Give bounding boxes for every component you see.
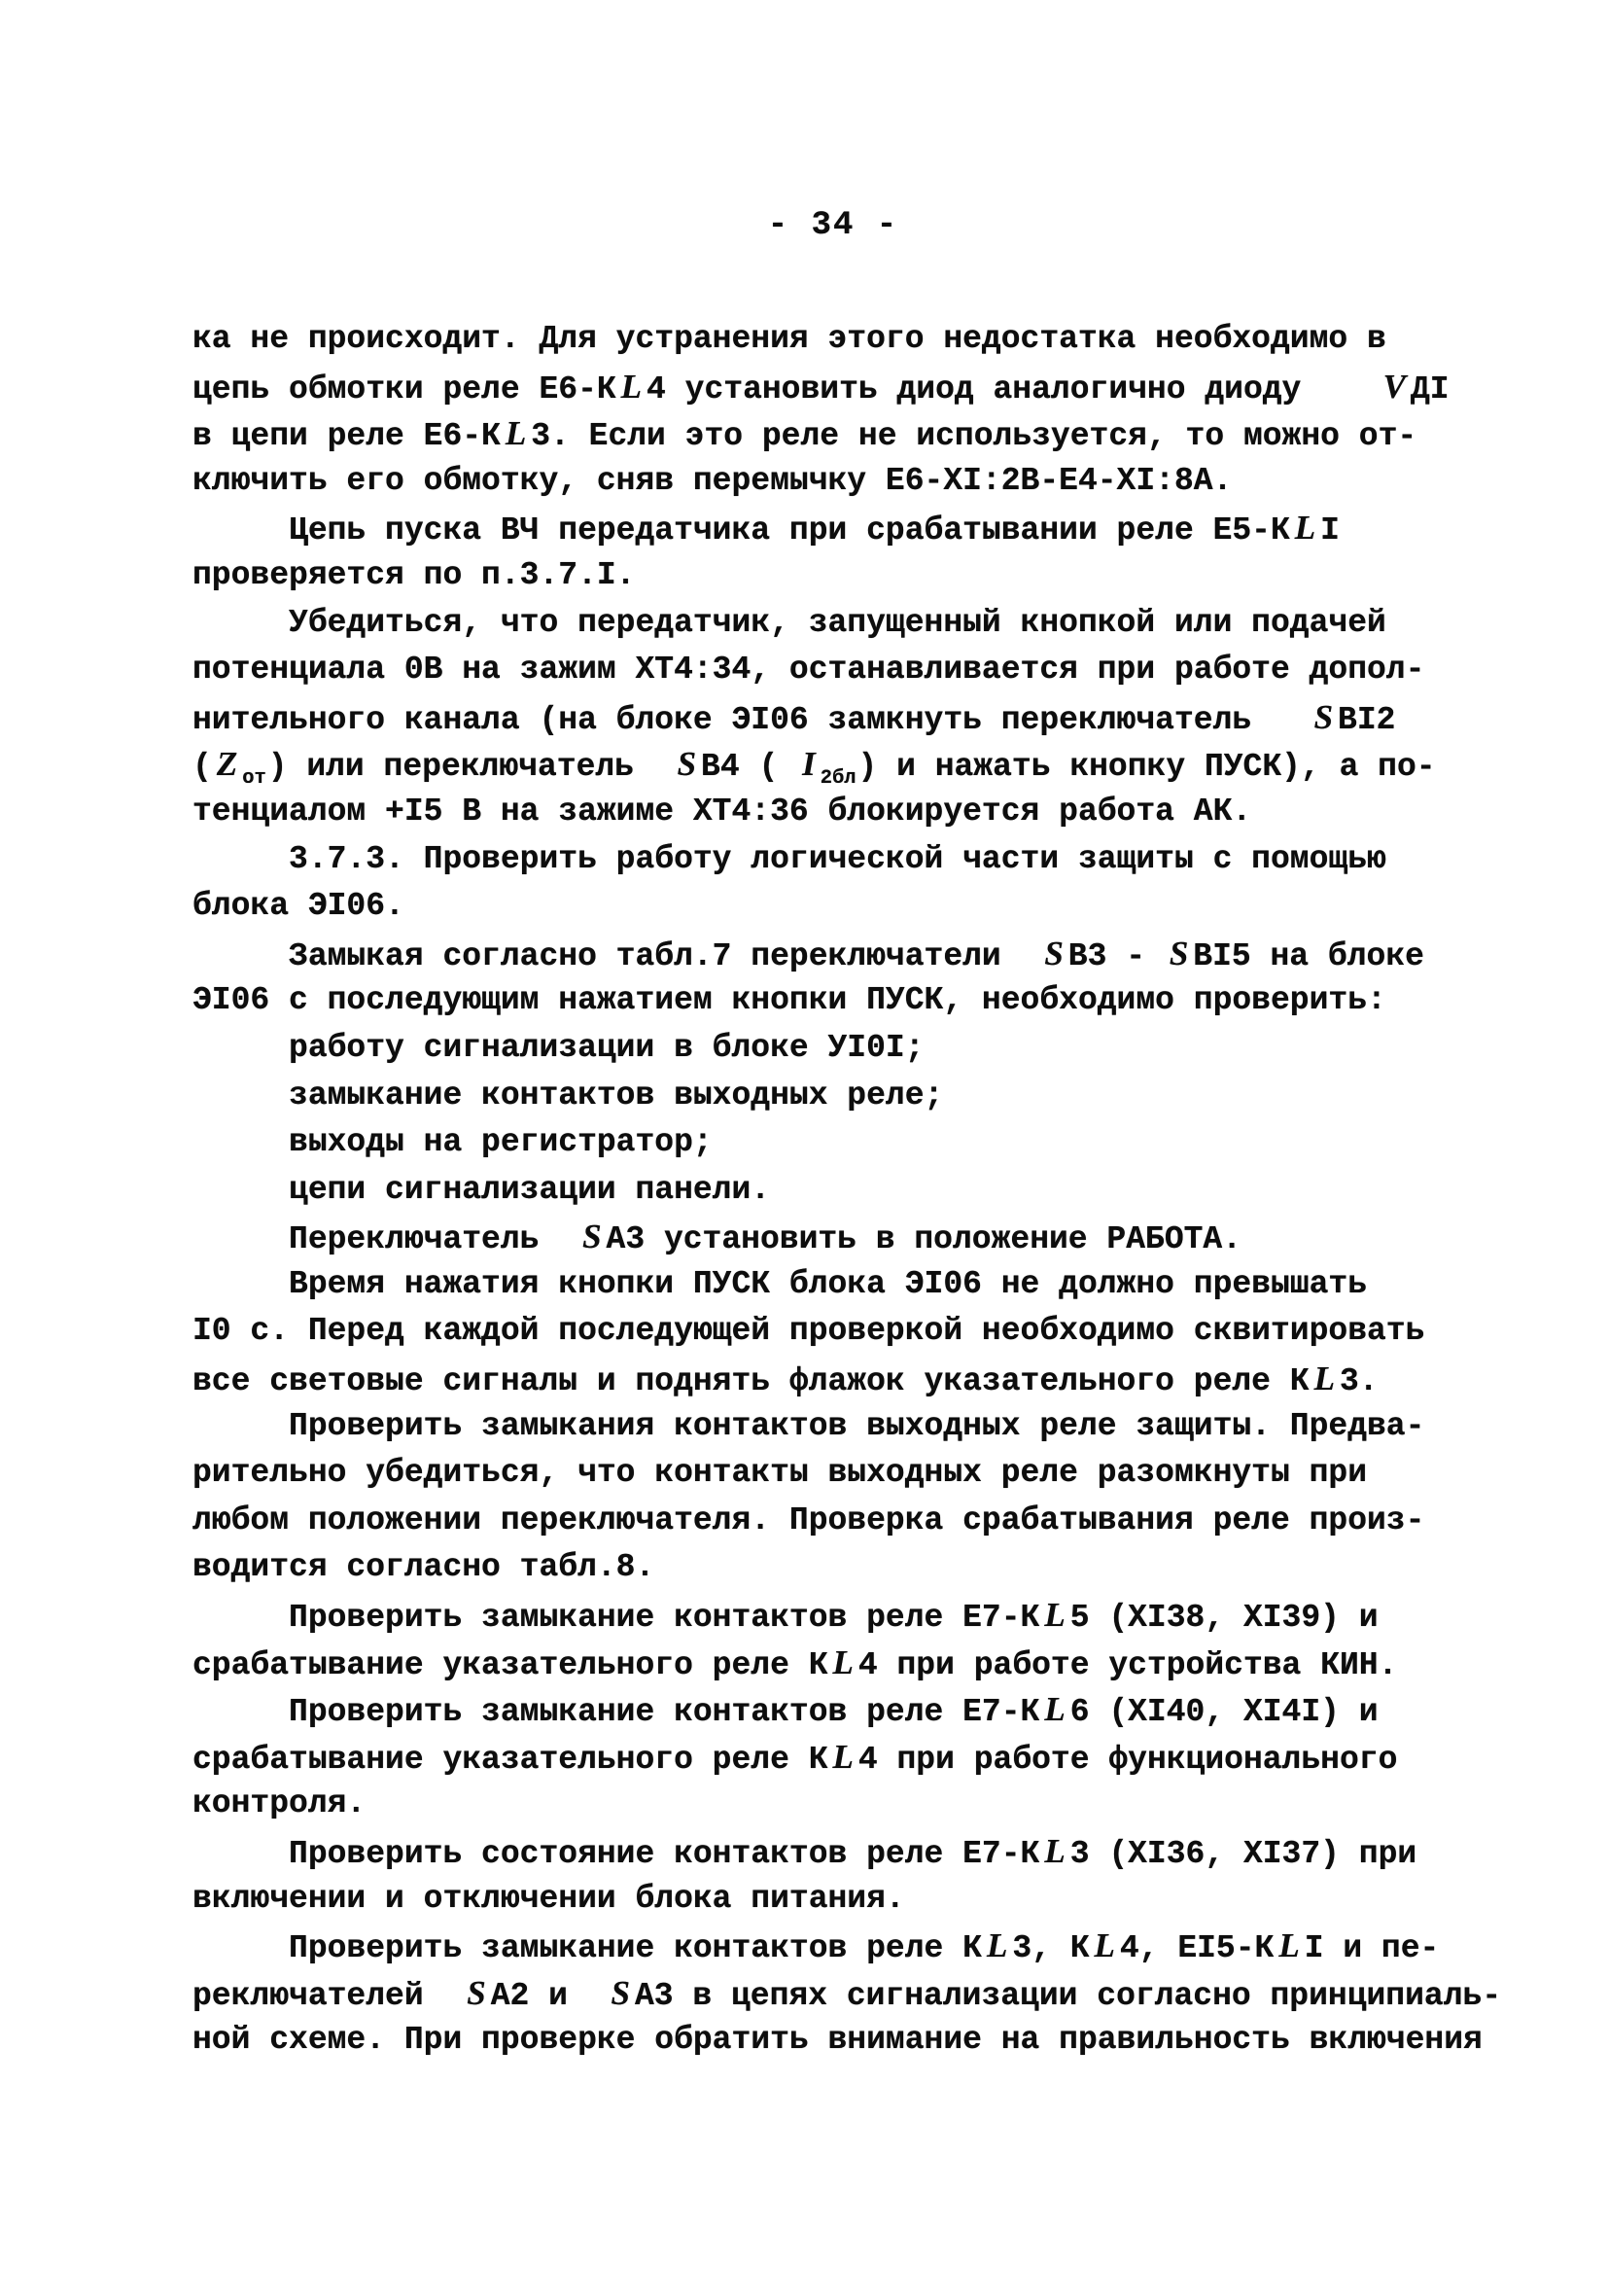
page-body: ка не происходит. Для устранения этого н… [192, 316, 1534, 2065]
designation-letter: L [828, 1738, 858, 1776]
designation-letter: L [1039, 1690, 1069, 1728]
text-line: ЭI06 с последующим нажатием кнопки ПУСК,… [192, 977, 1534, 1025]
designation-letter: V [1379, 368, 1411, 406]
text-line: цепь обмотки реле Е6-КL4 установить диод… [192, 364, 1534, 411]
text-segment: Переключатель [192, 1221, 577, 1257]
text-line: ключить его обмотку, сняв перемычку Е6-Х… [192, 458, 1534, 506]
text-segment: потенциала 0В на зажим ХТ4:34, останавли… [192, 652, 1424, 688]
text-line: Замыкая согласно табл.7 переключатели SВ… [192, 931, 1534, 978]
text-line: Цепь пуска ВЧ передатчика при срабатыван… [192, 505, 1534, 552]
text-line: реключателей SА2 и SА3 в цепях сигнализа… [192, 1970, 1534, 2018]
text-segment: 4 установить диод аналогично диоду [647, 371, 1379, 407]
text-line: Переключатель SА3 установить в положение… [192, 1214, 1534, 1261]
text-segment: Цепь пуска ВЧ передатчика при срабатыван… [192, 512, 1290, 548]
text-segment: рительно убедиться, что контакты выходны… [192, 1455, 1367, 1491]
text-segment: I0 с. Перед каждой последующей проверкой… [192, 1313, 1424, 1349]
text-segment: выходы на регистратор; [192, 1124, 713, 1160]
text-segment: все световые сигналы и поднять флажок ук… [192, 1363, 1310, 1399]
text-line: замыкание контактов выходных реле; [192, 1073, 1534, 1120]
text-segment: А3 в цепях сигнализации согласно принцип… [635, 1978, 1501, 2014]
text-segment: ной схеме. При проверке обратить внимани… [192, 2022, 1483, 2058]
text-segment: цепь обмотки реле Е6-К [192, 371, 616, 407]
text-line: все световые сигналы и поднять флажок ук… [192, 1356, 1534, 1403]
designation-letter: S [1165, 935, 1193, 972]
text-segment: В3 - [1068, 938, 1165, 974]
text-segment: ВI5 на блоке [1193, 938, 1424, 974]
text-segment: тенциалом +I5 В на зажиме ХТ4:36 блокиру… [192, 794, 1251, 830]
text-line: Проверить замыкания контактов выходных р… [192, 1403, 1534, 1451]
designation-letter: L [501, 414, 531, 452]
text-line: Проверить замыкание контактов реле Е7-КL… [192, 1686, 1534, 1734]
text-segment: 3, К [1012, 1930, 1089, 1966]
text-segment: 3.7.3. Проверить работу логической части… [192, 841, 1386, 877]
text-line: потенциала 0В на зажим ХТ4:34, останавли… [192, 647, 1534, 694]
text-segment: водится согласно табл.8. [192, 1549, 654, 1585]
text-segment: реключателей [192, 1978, 462, 2014]
text-segment: Проверить замыкание контактов реле К [192, 1930, 982, 1966]
designation-letter: I [797, 745, 821, 783]
designation-letter: L [1310, 1360, 1340, 1397]
text-segment: Проверить состояние контактов реле Е7-К [192, 1836, 1039, 1872]
text-segment: ЭI06 с последующим нажатием кнопки ПУСК,… [192, 982, 1386, 1018]
text-line: включении и отключении блока питания. [192, 1876, 1534, 1924]
text-line: 3.7.3. Проверить работу логической части… [192, 836, 1534, 884]
text-line: любом положении переключателя. Проверка … [192, 1498, 1534, 1545]
text-segment: 4 при работе функционального [858, 1742, 1398, 1778]
text-line: водится согласно табл.8. [192, 1544, 1534, 1592]
designation-letter: S [673, 745, 701, 783]
text-segment: Проверить замыкание контактов реле Е7-К [192, 1694, 1039, 1730]
text-segment: срабатывание указательного реле К [192, 1742, 828, 1778]
text-segment: I и пе- [1305, 1930, 1440, 1966]
text-segment: ) или переключатель [268, 749, 673, 785]
designation-letter: L [1290, 509, 1320, 547]
text-line: срабатывание указательного реле КL4 при … [192, 1734, 1534, 1782]
text-segment: ка не происходит. Для устранения этого н… [192, 321, 1386, 357]
text-segment: включении и отключении блока питания. [192, 1881, 905, 1917]
text-segment: цепи сигнализации панели. [192, 1172, 770, 1208]
designation-letter: Z [212, 745, 242, 783]
text-line: срабатывание указательного реле КL4 при … [192, 1640, 1534, 1687]
text-segment: А2 и [491, 1978, 607, 2014]
text-line: (Zот) или переключатель SВ4 ( I2бл) и на… [192, 741, 1534, 789]
text-segment: 4 при работе устройства КИН. [858, 1647, 1398, 1683]
text-segment: 3 (ХI36, ХI37) при [1070, 1836, 1416, 1872]
text-segment: нительного канала (на блоке ЭI06 замкнут… [192, 702, 1310, 738]
text-segment: 5 (ХI38, ХI39) и [1070, 1600, 1379, 1636]
text-segment: Время нажатия кнопки ПУСК блока ЭI06 не … [192, 1266, 1367, 1302]
text-segment: ( [192, 749, 212, 785]
text-segment: в цепи реле Е6-К [192, 418, 501, 454]
text-segment: срабатывание указательного реле К [192, 1647, 828, 1683]
text-segment: работу сигнализации в блоке УI0I; [192, 1030, 925, 1066]
text-segment: Убедиться, что передатчик, запущенный кн… [192, 605, 1386, 641]
text-segment: Проверить замыкания контактов выходных р… [192, 1408, 1424, 1444]
designation-letter: L [616, 368, 647, 406]
designation-letter: S [1039, 935, 1067, 972]
designation-letter: S [607, 1974, 635, 2012]
text-line: тенциалом +I5 В на зажиме ХТ4:36 блокиру… [192, 789, 1534, 836]
text-segment: 4, ЕI5-К [1120, 1930, 1274, 1966]
text-line: Время нажатия кнопки ПУСК блока ЭI06 не … [192, 1261, 1534, 1309]
text-segment: I [1320, 512, 1340, 548]
text-segment: замыкание контактов выходных реле; [192, 1077, 943, 1113]
text-line: Проверить замыкание контактов реле Е7-КL… [192, 1592, 1534, 1640]
text-line: контроля. [192, 1781, 1534, 1828]
text-segment: ) и нажать кнопку ПУСК), а по- [857, 749, 1435, 785]
text-line: выходы на регистратор; [192, 1119, 1534, 1167]
text-line: нительного канала (на блоке ЭI06 замкнут… [192, 694, 1534, 742]
subscript-text: от [242, 767, 268, 790]
text-segment: блока ЭI06. [192, 888, 404, 924]
text-segment: 6 (ХI40, ХI4I) и [1070, 1694, 1379, 1730]
designation-letter: L [982, 1926, 1012, 1964]
text-segment: контроля. [192, 1785, 366, 1821]
text-segment: Замыкая согласно табл.7 переключатели [192, 938, 1039, 974]
text-segment: 3. Если это реле не используется, то мож… [531, 418, 1416, 454]
text-segment: проверяется по п.3.7.I. [192, 557, 635, 593]
text-line: цепи сигнализации панели. [192, 1167, 1534, 1215]
text-segment: 3. [1340, 1363, 1379, 1399]
designation-letter: S [462, 1974, 490, 2012]
text-segment: В4 ( [701, 749, 797, 785]
text-line: блока ЭI06. [192, 883, 1534, 931]
text-segment: А3 установить в положение РАБОТА. [607, 1221, 1242, 1257]
designation-letter: L [1039, 1832, 1069, 1870]
designation-letter: L [1090, 1926, 1120, 1964]
designation-letter: L [828, 1643, 858, 1681]
text-line: I0 с. Перед каждой последующей проверкой… [192, 1308, 1534, 1356]
text-line: Проверить состояние контактов реле Е7-КL… [192, 1828, 1534, 1876]
text-line: рительно убедиться, что контакты выходны… [192, 1450, 1534, 1498]
designation-letter: L [1274, 1926, 1304, 1964]
text-line: Проверить замыкание контактов реле КL3, … [192, 1923, 1534, 1970]
text-line: Убедиться, что передатчик, запущенный кн… [192, 600, 1534, 648]
text-segment: ВI2 [1338, 702, 1395, 738]
page-number: - 34 - [29, 207, 1608, 244]
designation-letter: S [577, 1218, 606, 1255]
text-line: в цепи реле Е6-КL3. Если это реле не исп… [192, 410, 1534, 458]
text-segment: Проверить замыкание контактов реле Е7-К [192, 1600, 1039, 1636]
text-line: проверяется по п.3.7.I. [192, 552, 1534, 600]
subscript-text: 2бл [821, 767, 858, 790]
designation-letter: L [1039, 1596, 1069, 1634]
text-line: работу сигнализации в блоке УI0I; [192, 1025, 1534, 1073]
text-line: ка не происходит. Для устранения этого н… [192, 316, 1534, 364]
text-segment: любом положении переключателя. Проверка … [192, 1502, 1424, 1538]
document-page: - 34 - ка не происходит. Для устранения … [0, 0, 1608, 2296]
text-segment: ключить его обмотку, сняв перемычку Е6-Х… [192, 463, 1232, 499]
text-segment: ДI [1411, 371, 1450, 407]
designation-letter: S [1310, 698, 1338, 736]
text-line: ной схеме. При проверке обратить внимани… [192, 2017, 1534, 2065]
